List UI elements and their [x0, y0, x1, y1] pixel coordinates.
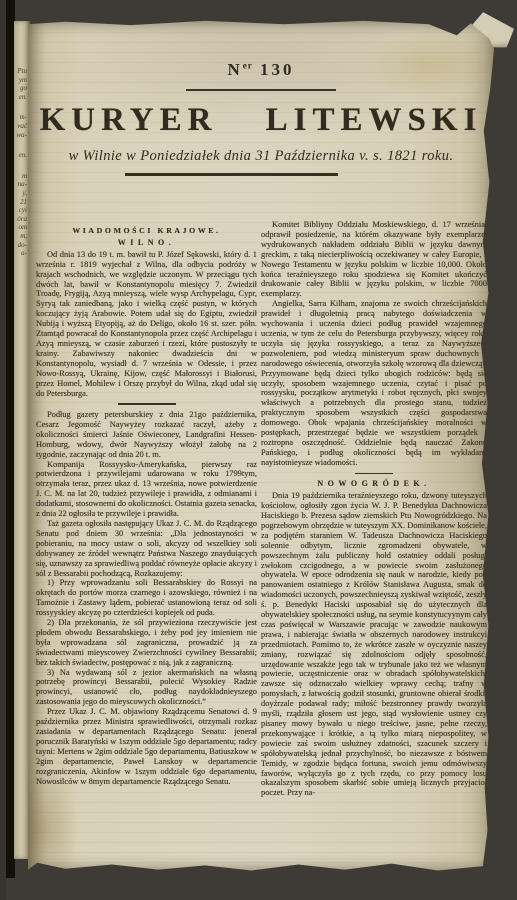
newspaper-title: KURYER LITEWSKI [28, 102, 494, 139]
left-column: WIADOMOŚCI KRAJOWE. WILNO. Od dnia 13 do… [36, 220, 257, 868]
news-paragraph: Taż gazeta ogłosiła następujący Ukaz J. … [36, 519, 257, 578]
news-paragraph: Przez Ukaz J. C. M. objawiony Rządzącemu… [36, 707, 257, 786]
spine-fragment: m- [14, 113, 27, 122]
spine-fragment: wa- [14, 131, 27, 140]
spine-fragment: cyi [14, 206, 27, 215]
news-paragraph: 3) Na wydawaną sól z jezior akermańskich… [36, 668, 257, 708]
news-paragraph: Angielka, Sarra Kilham, znajoma ze swoic… [261, 299, 487, 467]
previous-page-sliver: Ptu ym go en. m- vać wa- en. m na- y, 21… [14, 21, 30, 859]
dateline: w Wilnie w Poniedziałek dnia 31 Paździer… [28, 148, 494, 165]
spine-fragment: om [14, 223, 27, 232]
news-paragraph: Podług gazety petersburskiey z dnia 21go… [36, 410, 257, 460]
masthead-rule-bottom [125, 173, 338, 176]
newspaper-page: Ner 130 KURYER LITEWSKI w Wilnie w Ponie… [28, 20, 494, 873]
issue-number-line: Ner 130 [28, 60, 494, 80]
news-paragraph: Komitet Bibliyny Oddziału Moskiewskiego,… [261, 220, 487, 299]
section-header-wiadomosci-krajowe: WIADOMOŚCI KRAJOWE. [36, 226, 257, 236]
issue-number: 130 [260, 60, 295, 79]
spine-fragment: a- [14, 249, 27, 258]
news-paragraph: 1) Przy wprowadzaniu soli Bessarabskiey … [36, 578, 257, 618]
news-paragraph: Kompanija Rossyysko-Amerykańska, pierwsz… [36, 460, 257, 519]
article-columns: WIADOMOŚCI KRAJOWE. WILNO. Od dnia 13 do… [28, 220, 494, 873]
spine-fragment: en. [14, 93, 27, 102]
spine-fragment: ym [14, 76, 27, 85]
news-paragraph: Od dnia 13 do 19 t. m. bawił tu P. Józef… [36, 250, 257, 399]
spine-fragment: m [14, 172, 27, 181]
spine-fragment: na- [14, 180, 27, 189]
spine-fragment: go [14, 84, 27, 93]
section-divider [118, 403, 176, 405]
right-column: Komitet Bibliyny Oddziału Moskiewskiego,… [261, 220, 487, 868]
place-header-wilno: WILNO. [36, 238, 257, 248]
masthead: Ner 130 KURYER LITEWSKI w Wilnie w Ponie… [28, 20, 494, 176]
spine-fragment: óra [14, 215, 27, 224]
section-divider [355, 473, 393, 475]
issue-label: N [227, 60, 242, 79]
issue-superscript: er [243, 60, 253, 70]
spine-fragment: Ptu [14, 67, 27, 76]
news-paragraph: Dnia 19 października teraźnieyszego roku… [261, 491, 487, 798]
spine-fragment: m, [14, 232, 27, 241]
spine-fragment: 21 [14, 198, 27, 207]
place-header-nowogrodek: NOWOGRÓDEK. [261, 479, 487, 489]
spine-fragment: y, [14, 189, 27, 198]
spine-fragment: do- [14, 241, 27, 250]
masthead-rule-top [186, 89, 336, 91]
spine-fragment: en. [14, 151, 27, 160]
scanned-newspaper-photo: Ptu ym go en. m- vać wa- en. m na- y, 21… [0, 0, 517, 900]
previous-page-text-fragments: Ptu ym go en. m- vać wa- en. m na- y, 21… [14, 21, 30, 258]
spine-fragment: vać [14, 122, 27, 131]
news-paragraph: 2) Dla przekonania, że sól przywieziona … [36, 618, 257, 668]
